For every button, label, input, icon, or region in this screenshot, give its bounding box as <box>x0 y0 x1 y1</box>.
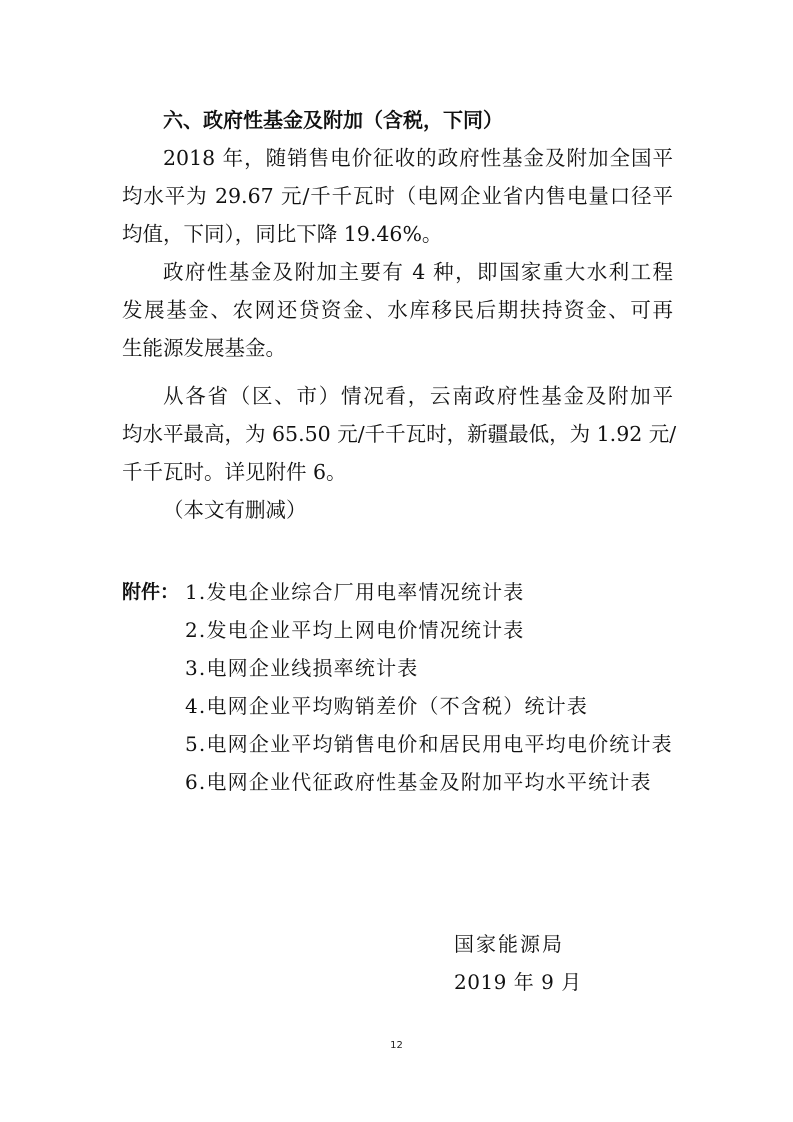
attachment-item: 2.发电企业平均上网电价情况统计表 <box>185 615 524 645</box>
attachment-item: 4.电网企业平均购销差价（不含税）统计表 <box>185 691 588 721</box>
paragraph-line: 均水平最高，为 65.50 元/千千瓦时，新疆最低，为 1.92 元/ <box>122 419 673 449</box>
paragraph-line: 发展基金、农网还贷资金、水库移民后期扶持资金、可再 <box>122 295 673 325</box>
paragraph-line: 均值，下同），同比下降 19.46%。 <box>122 219 673 249</box>
abridged-note: （本文有删减） <box>163 495 307 525</box>
section-heading: 六、政府性基金及附加（含税，下同） <box>163 105 503 135</box>
issue-date: 2019 年 9 月 <box>454 967 582 997</box>
attachment-item: 6.电网企业代征政府性基金及附加平均水平统计表 <box>185 767 652 797</box>
attachments-label: 附件： <box>122 577 179 607</box>
issuing-organization: 国家能源局 <box>454 929 564 959</box>
attachment-item: 1.发电企业综合厂用电率情况统计表 <box>185 577 524 607</box>
paragraph-line: 2018 年，随销售电价征收的政府性基金及附加全国平 <box>163 143 673 173</box>
paragraph-line: 政府性基金及附加主要有 4 种，即国家重大水利工程 <box>163 257 673 287</box>
paragraph-line: 千千瓦时。详见附件 6。 <box>122 457 673 487</box>
paragraph-line: 均水平为 29.67 元/千千瓦时（电网企业省内售电量口径平 <box>122 181 673 211</box>
document-page: 六、政府性基金及附加（含税，下同） 2018 年，随销售电价征收的政府性基金及附… <box>0 0 793 1122</box>
attachment-item: 5.电网企业平均销售电价和居民用电平均电价统计表 <box>185 729 673 759</box>
attachment-item: 3.电网企业线损率统计表 <box>185 653 418 683</box>
paragraph-line: 生能源发展基金。 <box>122 333 673 363</box>
page-number: 12 <box>0 1040 793 1051</box>
paragraph-line: 从各省（区、市）情况看，云南政府性基金及附加平 <box>163 381 673 411</box>
